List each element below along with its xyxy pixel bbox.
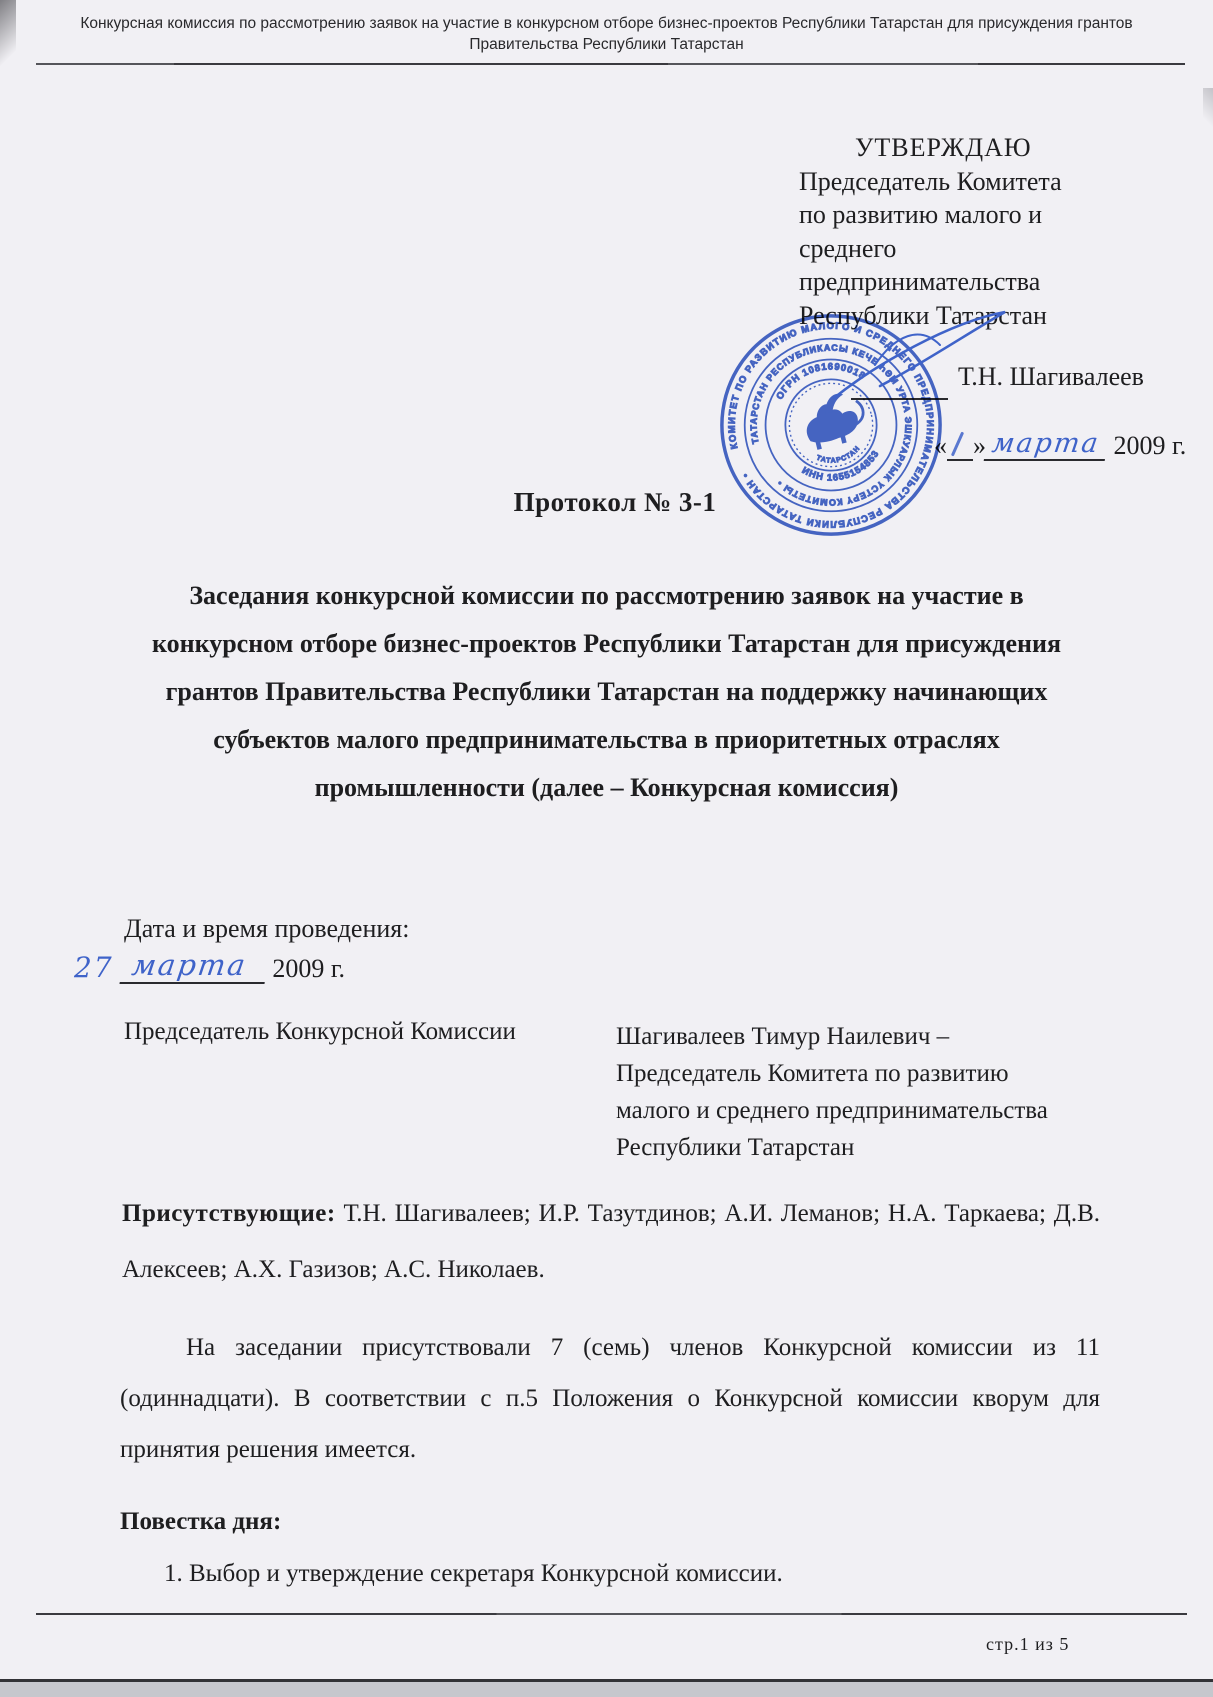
- handwritten-day-mark: [951, 432, 964, 457]
- chairman-detail-line: Республики Татарстан: [616, 1129, 1116, 1166]
- chairman-role-label: Председатель Конкурсной Комиссии: [124, 1018, 516, 1046]
- stamp-emblem-leopard: [799, 389, 869, 452]
- approval-title: УТВЕРЖДАЮ: [855, 131, 1099, 165]
- attendees-paragraph: Присутствующие: Т.Н. Шагивалеев; И.Р. Та…: [122, 1186, 1100, 1298]
- approval-line: по развитию малого и: [799, 198, 1099, 232]
- approval-date-line: «»марта2009 г.: [934, 428, 1186, 461]
- chairman-details: Шагивалеев Тимур Наилевич – Председатель…: [616, 1018, 1116, 1166]
- chairman-detail-line: Председатель Комитета по развитию: [616, 1055, 1116, 1092]
- approval-line: предпринимательства: [799, 265, 1099, 299]
- day-blank: [947, 429, 973, 461]
- handwritten-day: 27: [74, 951, 122, 984]
- main-title-line: Заседания конкурсной комиссии по рассмот…: [70, 572, 1143, 620]
- handwritten-month: марта: [984, 428, 1110, 461]
- scan-bottom-edge: [0, 1679, 1213, 1697]
- header-rule: [36, 63, 1185, 65]
- main-title-line: грантов Правительства Республики Татарст…: [70, 668, 1143, 716]
- header-line-2: Правительства Республики Татарстан: [40, 34, 1173, 55]
- agenda-item-1: 1. Выбор и утверждение секретаря Конкурс…: [164, 1560, 783, 1588]
- attendees-label: Присутствующие:: [122, 1200, 336, 1227]
- approval-line: среднего: [799, 232, 1099, 266]
- scan-corner-smudge: [0, 0, 16, 80]
- chairman-detail-line: Шагивалеев Тимур Наилевич –: [616, 1018, 1116, 1055]
- approval-line: Председатель Комитета: [799, 165, 1099, 199]
- document-header: Конкурсная комиссия по рассмотрению заяв…: [40, 13, 1173, 55]
- chairman-detail-line: малого и среднего предпринимательства: [616, 1092, 1116, 1129]
- header-line-1: Конкурсная комиссия по рассмотрению заяв…: [40, 13, 1173, 34]
- scan-edge-smudge: [1203, 88, 1213, 128]
- signatory-name: Т.Н. Шагивалеев: [958, 362, 1144, 392]
- main-title: Заседания конкурсной комиссии по рассмот…: [70, 572, 1143, 812]
- main-title-line: субъектов малого предпринимательства в п…: [70, 716, 1143, 764]
- handwritten-month: марта: [119, 948, 269, 984]
- protocol-number-title: Протокол № 3-1: [0, 487, 1213, 518]
- page-number: стр.1 из 5: [986, 1634, 1069, 1655]
- date-handwritten-row: 27марта2009 г.: [74, 948, 345, 984]
- scanned-protocol-page: Конкурсная комиссия по рассмотрению заяв…: [0, 0, 1213, 1697]
- approval-block: УТВЕРЖДАЮ Председатель Комитета по разви…: [799, 131, 1099, 332]
- footer-rule: [36, 1613, 1187, 1615]
- date-time-label: Дата и время проведения:: [124, 914, 409, 944]
- approval-year: 2009 г.: [1107, 431, 1186, 461]
- quorum-paragraph: На заседании присутствовали 7 (семь) чле…: [120, 1322, 1100, 1475]
- agenda-label: Повестка дня:: [120, 1508, 281, 1536]
- date-year: 2009 г.: [266, 954, 345, 984]
- main-title-line: конкурсном отборе бизнес-проектов Респуб…: [70, 620, 1143, 668]
- main-title-line: промышленности (далее – Конкурсная комис…: [70, 764, 1143, 812]
